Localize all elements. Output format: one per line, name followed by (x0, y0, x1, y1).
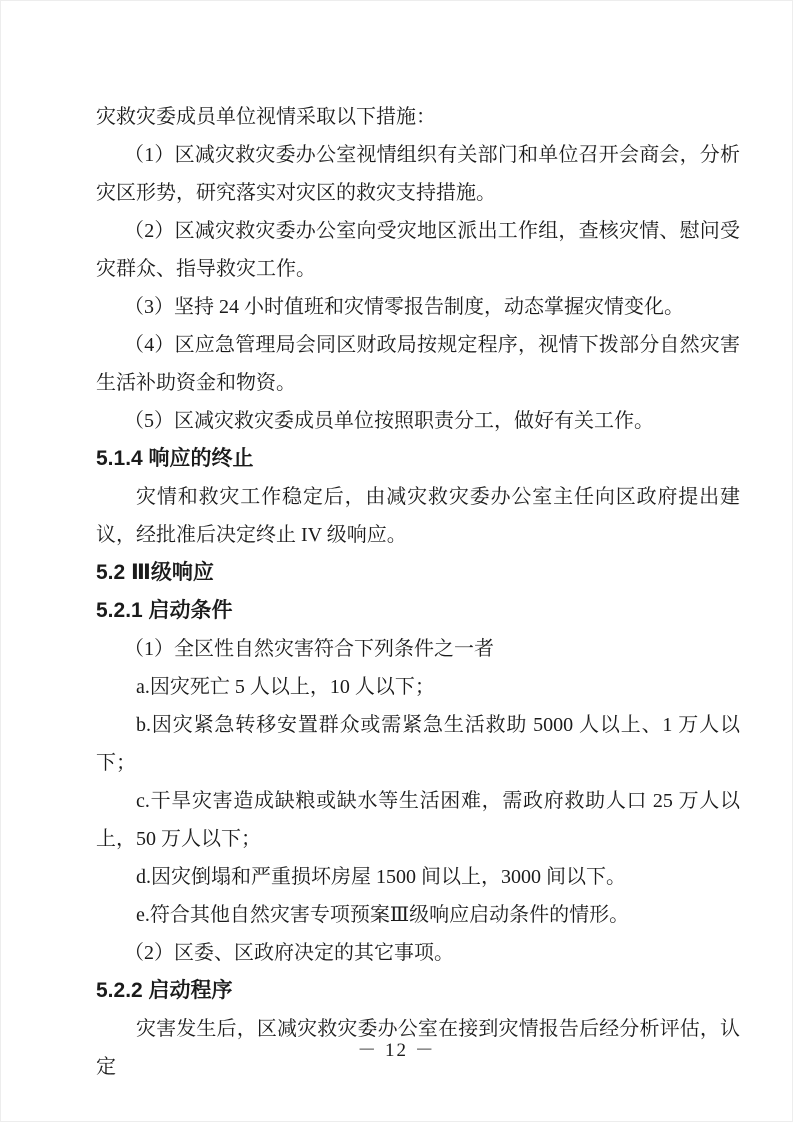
paragraph: （2）区委、区政府决定的其它事项。 (96, 934, 740, 972)
paragraph: （2）区减灾救灾委办公室向受灾地区派出工作组，查核灾情、慰问受灾群众、指导救灾工… (96, 212, 740, 288)
section-heading: 5.1.4 响应的终止 (96, 440, 740, 478)
paragraph: （4）区应急管理局会同区财政局按规定程序，视情下拨部分自然灾害生活补助资金和物资… (96, 326, 740, 402)
paragraph: （1）区减灾救灾委办公室视情组织有关部门和单位召开会商会，分析灾区形势，研究落实… (96, 136, 740, 212)
page-number: － 12 － (357, 1040, 436, 1061)
paragraph: b.因灾紧急转移安置群众或需紧急生活救助 5000 人以上、1 万人以下； (96, 706, 740, 782)
paragraph: c.干旱灾害造成缺粮或缺水等生活困难，需政府救助人口 25 万人以上，50 万人… (96, 782, 740, 858)
paragraph: （5）区减灾救灾委成员单位按照职责分工，做好有关工作。 (96, 402, 740, 440)
paragraph: d.因灾倒塌和严重损坏房屋 1500 间以上，3000 间以下。 (96, 858, 740, 896)
paragraph: e.符合其他自然灾害专项预案Ⅲ级响应启动条件的情形。 (96, 896, 740, 934)
section-heading: 5.2.2 启动程序 (96, 972, 740, 1010)
paragraph: a.因灾死亡 5 人以上，10 人以下； (96, 668, 740, 706)
page-footer: － 12 － (1, 1035, 792, 1062)
document-page: 灾救灾委成员单位视情采取以下措施：（1）区减灾救灾委办公室视情组织有关部门和单位… (0, 0, 793, 1122)
paragraph: 灾情和救灾工作稳定后，由减灾救灾委办公室主任向区政府提出建议，经批准后决定终止 … (96, 478, 740, 554)
paragraph: （3）坚持 24 小时值班和灾情零报告制度，动态掌握灾情变化。 (96, 288, 740, 326)
document-body: 灾救灾委成员单位视情采取以下措施：（1）区减灾救灾委办公室视情组织有关部门和单位… (96, 98, 740, 1086)
section-heading: 5.2 Ⅲ级响应 (96, 554, 740, 592)
section-heading: 5.2.1 启动条件 (96, 592, 740, 630)
paragraph: 灾救灾委成员单位视情采取以下措施： (96, 98, 740, 136)
paragraph: （1）全区性自然灾害符合下列条件之一者 (96, 630, 740, 668)
